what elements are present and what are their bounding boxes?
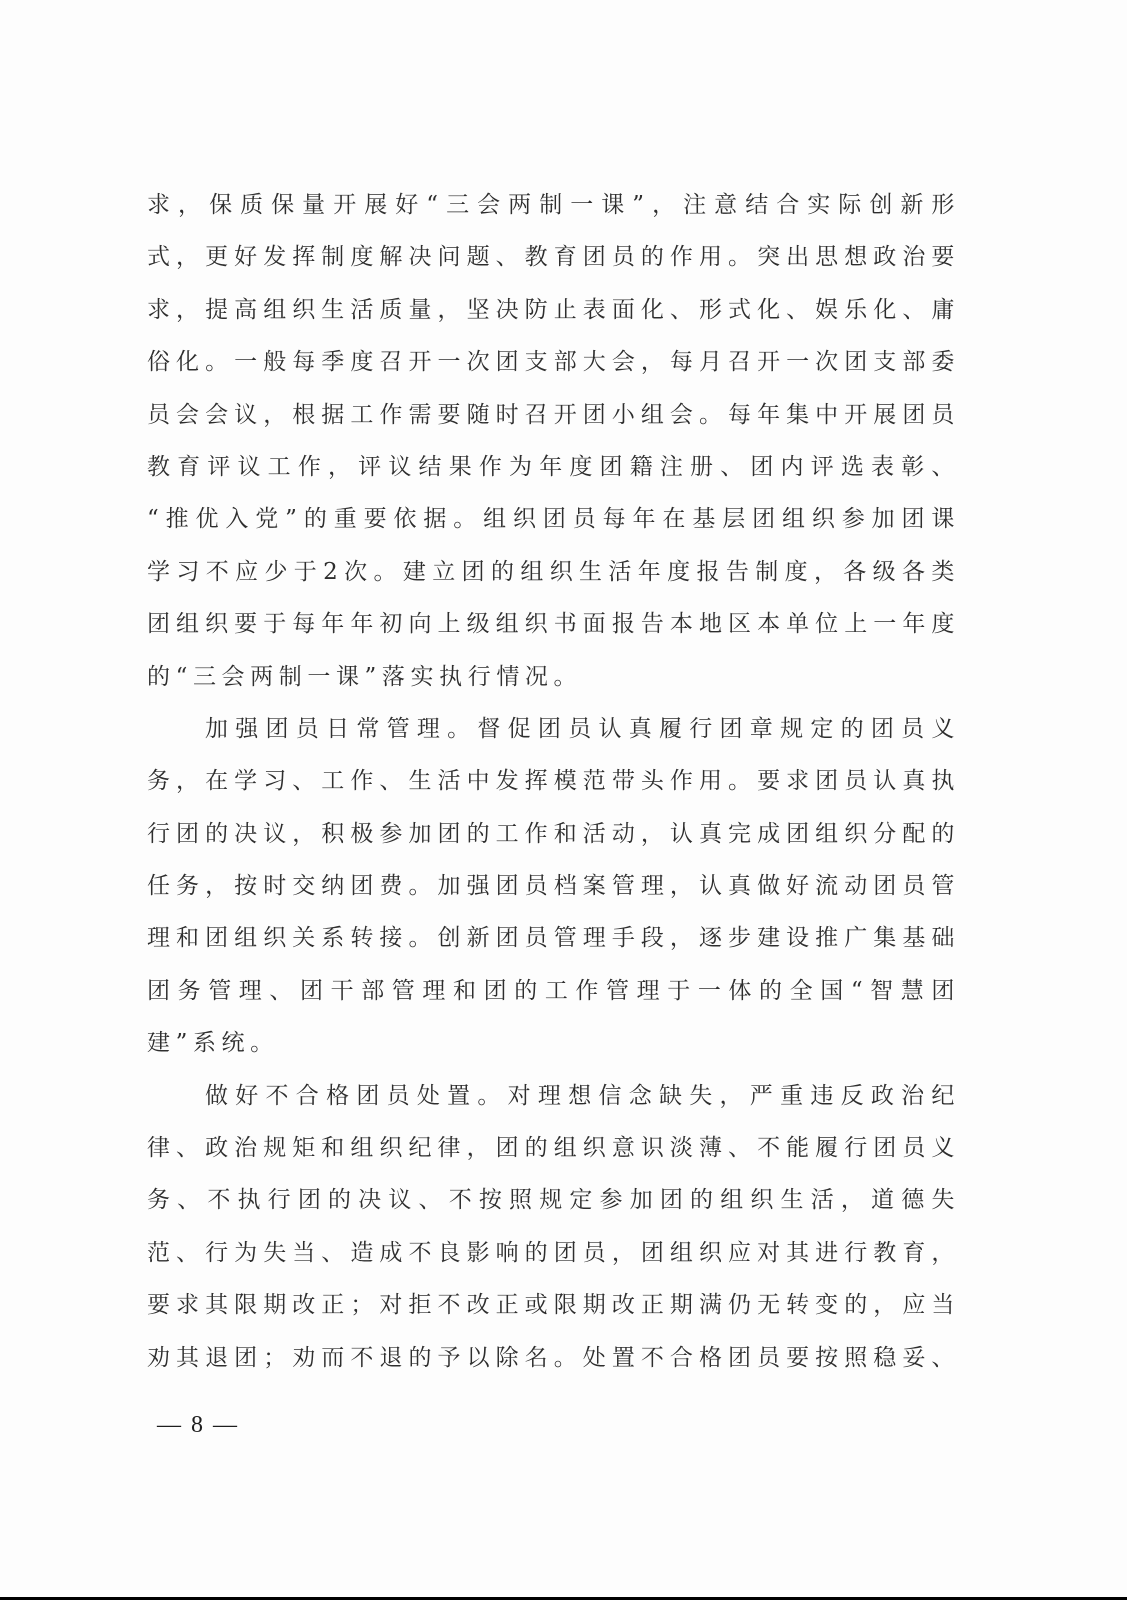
text-line: 劝其退团；劝而不退的予以除名。处置不合格团员要按照稳妥、: [147, 1339, 960, 1391]
text-line-paragraph-end: 的“三会两制一课”落实执行情况。: [147, 658, 960, 710]
text-line: 学习不应少于2次。建立团的组织生活年度报告制度，各级各类: [147, 553, 960, 605]
document-page: 求，保质保量开展好“三会两制一课”，注意结合实际创新形 式，更好发挥制度解决问题…: [0, 0, 1127, 1597]
text-line: 要求其限期改正；对拒不改正或限期改正期满仍无转变的，应当: [147, 1286, 960, 1338]
text-line: 教育评议工作，评议结果作为年度团籍注册、团内评选表彰、: [147, 448, 960, 500]
text-line: 范、行为失当、造成不良影响的团员，团组织应对其进行教育，: [147, 1234, 960, 1286]
text-line-paragraph-end: 建”系统。: [147, 1024, 960, 1076]
text-line: 俗化。一般每季度召开一次团支部大会，每月召开一次团支部委: [147, 343, 960, 395]
text-line-paragraph-start: 做好不合格团员处置。对理想信念缺失，严重违反政治纪: [147, 1077, 960, 1129]
text-line: 务、不执行团的决议、不按照规定参加团的组织生活，道德失: [147, 1181, 960, 1233]
text-line: 式，更好发挥制度解决问题、教育团员的作用。突出思想政治要: [147, 238, 960, 290]
text-line: 团务管理、团干部管理和团的工作管理于一体的全国“智慧团: [147, 972, 960, 1024]
text-line: 员会会议，根据工作需要随时召开团小组会。每年集中开展团员: [147, 396, 960, 448]
text-line: 行团的决议，积极参加团的工作和活动，认真完成团组织分配的: [147, 815, 960, 867]
text-line: 求，保质保量开展好“三会两制一课”，注意结合实际创新形: [147, 186, 960, 238]
text-line: “推优入党”的重要依据。组织团员每年在基层团组织参加团课: [147, 500, 960, 552]
text-line: 律、政治规矩和组织纪律，团的组织意识淡薄、不能履行团员义: [147, 1129, 960, 1181]
text-line: 理和团组织关系转接。创新团员管理手段，逐步建设推广集基础: [147, 919, 960, 971]
body-text: 求，保质保量开展好“三会两制一课”，注意结合实际创新形 式，更好发挥制度解决问题…: [147, 186, 960, 1391]
text-line: 团组织要于每年年初向上级组织书面报告本地区本单位上一年度: [147, 605, 960, 657]
text-line: 任务，按时交纳团费。加强团员档案管理，认真做好流动团员管: [147, 867, 960, 919]
text-line-paragraph-start: 加强团员日常管理。督促团员认真履行团章规定的团员义: [147, 710, 960, 762]
text-line: 求，提高组织生活质量，坚决防止表面化、形式化、娱乐化、庸: [147, 291, 960, 343]
page-number: — 8 —: [157, 1412, 239, 1439]
text-line: 务，在学习、工作、生活中发挥模范带头作用。要求团员认真执: [147, 762, 960, 814]
